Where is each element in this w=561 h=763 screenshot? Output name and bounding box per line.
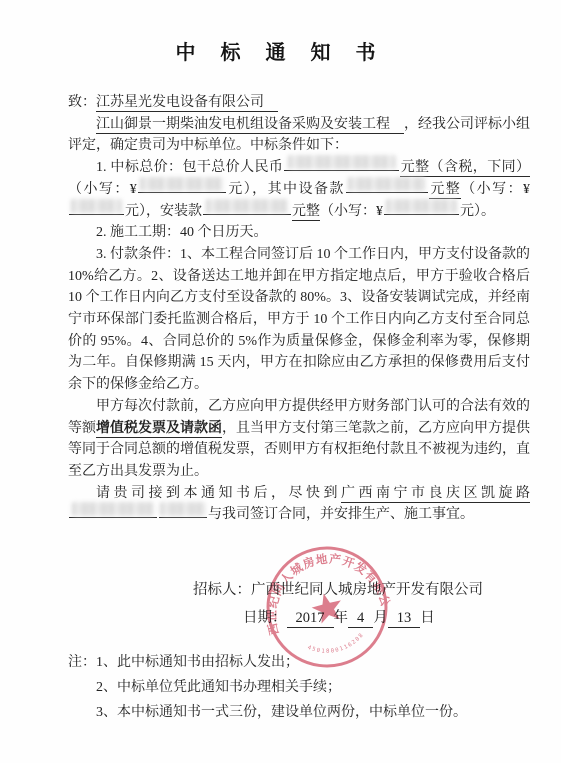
sign-post: 与我司签订合同，并安排生产、施工事宜。 bbox=[208, 507, 474, 522]
date-line: 日期：2017年4月13日 bbox=[243, 604, 483, 632]
document-title: 中 标 通 知 书 bbox=[0, 36, 561, 65]
equipment-lead: 元），其中设备款 bbox=[227, 182, 345, 197]
redaction-smudge bbox=[72, 502, 155, 516]
footnotes: 注： 1、此中标通知书由招标人发出； 2、中标单位凭此通知书办理相关手续； 3、… bbox=[68, 650, 530, 725]
note-item-3: 3、本中标通知书一式三份，建设单位两份，中标单位一份。 bbox=[96, 700, 530, 725]
date-month: 4 bbox=[348, 610, 373, 628]
date-year: 2017 bbox=[287, 610, 334, 628]
redacted-address-part1 bbox=[69, 505, 157, 518]
yuan-zheng-2: 元整 bbox=[292, 204, 320, 221]
redaction-smudge bbox=[386, 199, 457, 213]
month-unit: 月 bbox=[373, 610, 388, 626]
year-unit: 年 bbox=[334, 610, 349, 626]
redaction-smudge bbox=[71, 199, 123, 213]
redacted-install-amount bbox=[203, 202, 291, 215]
recipient-line: 致：江苏星光发电设备有限公司 bbox=[68, 92, 530, 114]
day-unit: 日 bbox=[420, 610, 435, 626]
note-item-2: 2、中标单位凭此通知书办理相关手续； bbox=[96, 675, 530, 700]
redacted-address-part2 bbox=[159, 505, 207, 518]
sign-pre: 请贵司接到本通知书后，尽快到 bbox=[96, 486, 341, 501]
bidder-line: 招标人：广西世纪同人城房地产开发有限公司 bbox=[193, 576, 483, 604]
document-body: 致：江苏星光发电设备有限公司 江山御景一期柴油发电机组设备采购及安装工程，经我公… bbox=[68, 92, 530, 526]
install-lead: 元），安装款 bbox=[125, 204, 202, 219]
bidder-name: 广西世纪同人城房地产开发有限公司 bbox=[251, 582, 483, 598]
date-label: 日期： bbox=[243, 610, 287, 626]
intro-paragraph: 江山御景一期柴油发电机组设备采购及安装工程，经我公司评标小组评定，确定贵司为中标… bbox=[68, 114, 530, 157]
clause-construction-period: 2. 施工工期：40 个日历天。 bbox=[68, 222, 530, 244]
signature-block: 招标人：广西世纪同人城房地产开发有限公司 日期：2017年4月13日 bbox=[193, 576, 483, 632]
redacted-equipment-amount bbox=[346, 180, 428, 193]
redacted-total-amount-numeric bbox=[138, 180, 226, 193]
small-writing-label-2: （小写：¥ bbox=[461, 182, 530, 197]
recipient-company: 江苏星光发电设备有限公司 bbox=[96, 95, 278, 112]
note-item-1: 1、此中标通知书由招标人发出； bbox=[96, 650, 530, 675]
small-writing-label-1: （小写：¥ bbox=[68, 182, 137, 197]
clause-payment-terms: 3. 付款条件：1、本工程合同签订后 10 个工作日内，甲方支付设备款的 10%… bbox=[68, 244, 530, 396]
small-writing-label-3: （小写：¥ bbox=[320, 204, 383, 219]
clause1-lead: 1. 中标总价：包干总价人民币 bbox=[96, 160, 283, 175]
invoice-bold-phrase: 增值税发票及请款函 bbox=[96, 421, 222, 438]
bidder-label: 招标人： bbox=[193, 582, 251, 598]
redaction-smudge bbox=[140, 177, 223, 191]
redaction-smudge bbox=[160, 502, 205, 516]
signing-address: 广西南宁市良庆区凯旋路 bbox=[341, 486, 530, 503]
clause-total-price: 1. 中标总价：包干总价人民币元整（含税，下同）（小写：¥元），其中设备款元整（… bbox=[68, 157, 530, 222]
recipient-label: 致： bbox=[68, 95, 96, 110]
contract-signing-paragraph: 请贵司接到本通知书后，尽快到广西南宁市良庆区凯旋路与我司签订合同，并安排生产、施… bbox=[68, 483, 530, 526]
notes-label: 注： bbox=[68, 650, 96, 725]
yuan-zheng-1: 元整 bbox=[429, 182, 461, 199]
clause1-tail: 元）。 bbox=[460, 204, 495, 219]
redacted-equipment-amount-numeric bbox=[69, 202, 124, 215]
redacted-install-amount-numeric bbox=[384, 202, 459, 215]
redaction-smudge bbox=[348, 177, 425, 191]
tax-note: 元整（含税，下同） bbox=[400, 160, 530, 177]
scanned-document-page: 中 标 通 知 书 致：江苏星光发电设备有限公司 江山御景一期柴油发电机组设备采… bbox=[0, 0, 561, 763]
redaction-smudge bbox=[288, 155, 396, 169]
redacted-total-amount bbox=[284, 158, 399, 171]
redaction-smudge bbox=[206, 199, 289, 213]
project-name: 江山御景一期柴油发电机组设备采购及安装工程 bbox=[96, 117, 404, 134]
notes-list: 1、此中标通知书由招标人发出； 2、中标单位凭此通知书办理相关手续； 3、本中标… bbox=[96, 650, 530, 725]
invoice-paragraph: 甲方每次付款前，乙方应向甲方提供经甲方财务部门认可的合法有效的等额增值税发票及请… bbox=[68, 396, 530, 483]
date-day: 13 bbox=[388, 610, 421, 628]
